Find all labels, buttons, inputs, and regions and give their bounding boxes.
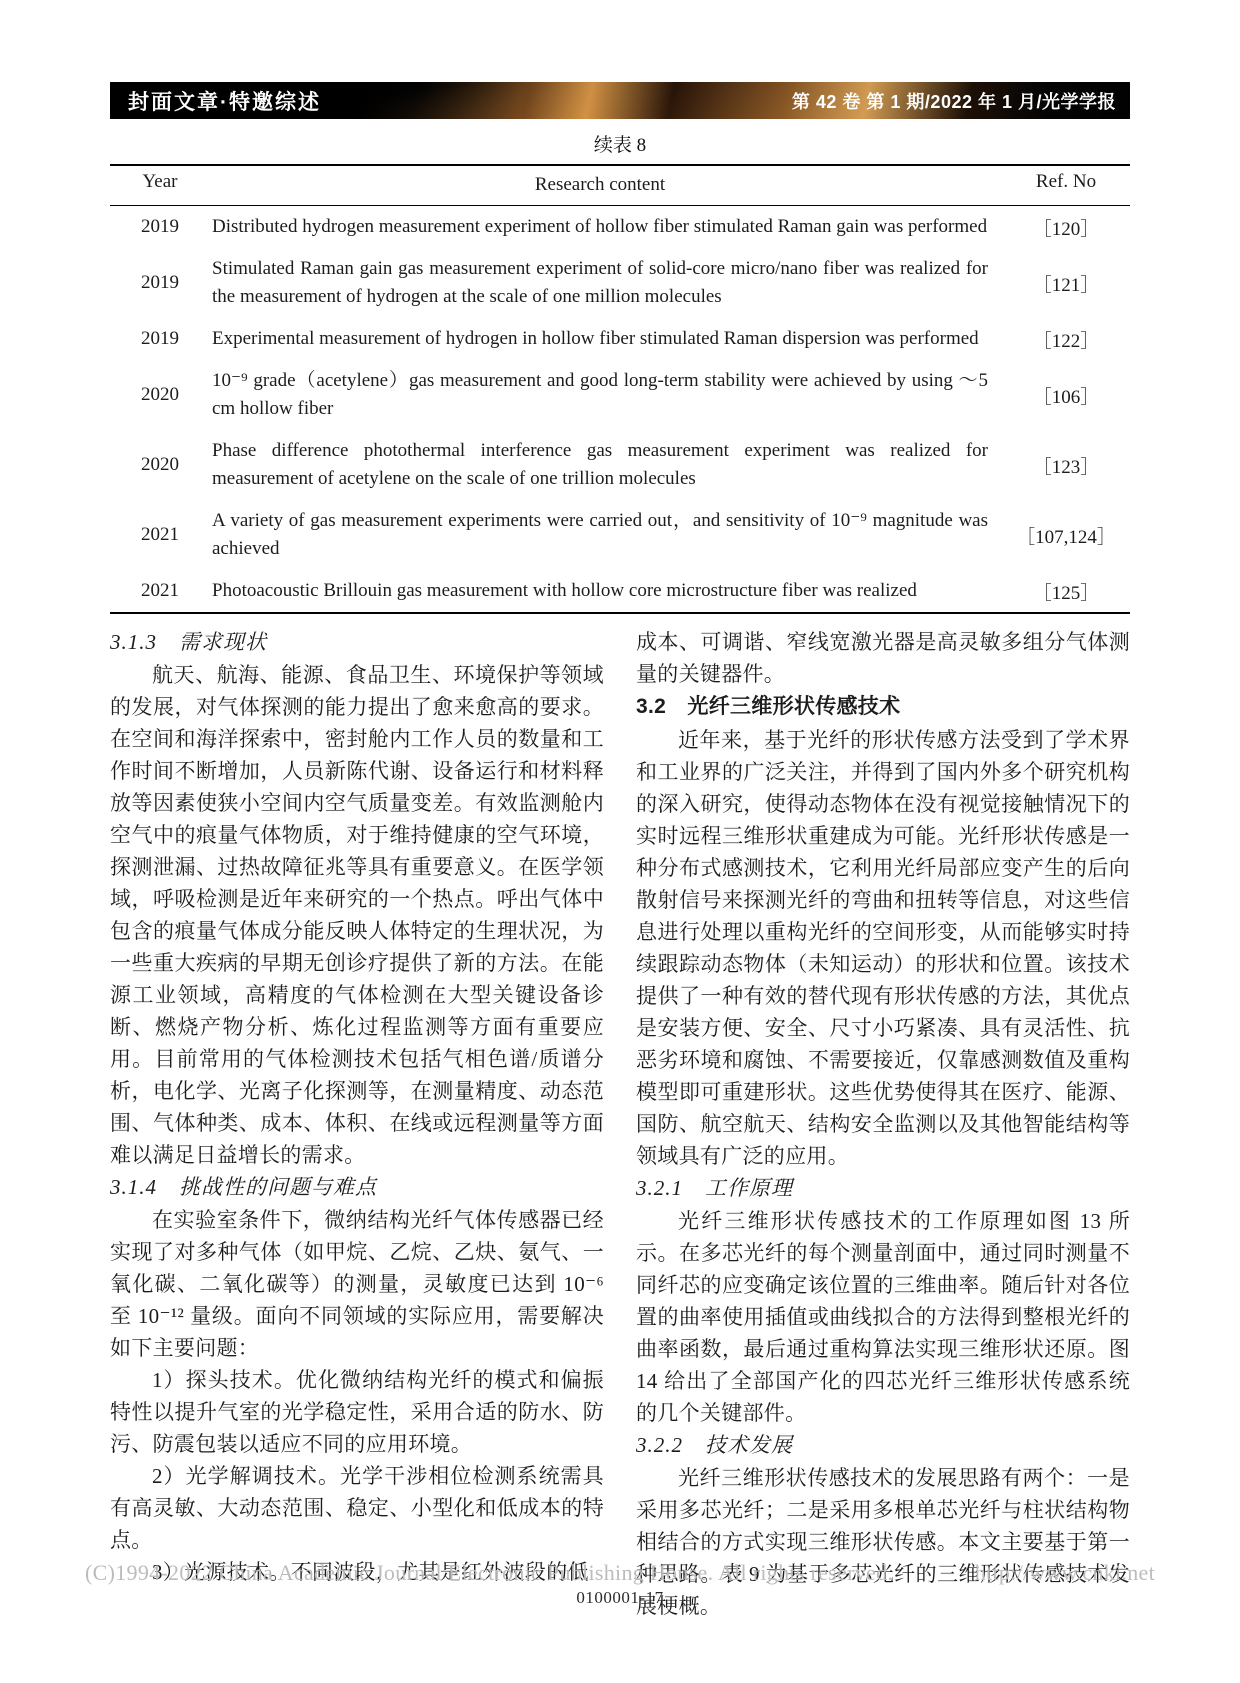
table-row: 2020 10⁻⁹ grade（acetylene）gas measuremen… [110,360,1130,430]
copyright-notice: (C)1994-2022 China Academic Journal Elec… [85,1560,893,1586]
year-cell: 2019 [110,216,210,238]
year-cell: 2019 [110,328,210,350]
section-heading-3-1-3: 3.1.3 需求现状 [110,626,604,659]
research-table: Year Research content Ref. No 2019 Distr… [110,164,1130,614]
table-row: 2019 Stimulated Raman gain gas measureme… [110,248,1130,318]
table-header-year: Year [110,171,210,199]
content-cell: 10⁻⁹ grade（acetylene）gas measurement and… [210,367,1002,423]
page-number: 0100001-17 [0,1588,1240,1608]
table-row: 2021 Photoacoustic Brillouin gas measure… [110,570,1130,612]
ref-cell: ［123］ [1002,452,1130,479]
section-heading-3-1-4: 3.1.4 挑战性的问题与难点 [110,1171,604,1204]
body-paragraph: 1）探头技术。优化微纳结构光纤的模式和偏振特性以提升气室的光学稳定性，采用合适的… [110,1364,604,1460]
ref-cell: ［122］ [1002,326,1130,353]
content-cell: Stimulated Raman gain gas measurement ex… [210,255,1002,311]
body-paragraph: 航天、航海、能源、食品卫生、环境保护等领域的发展，对气体探测的能力提出了愈来愈高… [110,659,604,1171]
ref-cell: ［107,124］ [1002,522,1130,549]
page-content: 封面文章·特邀综述 第 42 卷 第 1 期/2022 年 1 月/光学学报 续… [110,82,1130,1678]
cnki-url: http://www.cnki.net [975,1560,1155,1586]
body-paragraph: 光纤三维形状传感技术的工作原理如图 13 所示。在多芯光纤的每个测量剖面中，通过… [636,1205,1130,1429]
body-paragraph: 在实验室条件下，微纳结构光纤气体传感器已经实现了对多种气体（如甲烷、乙烷、乙炔、… [110,1204,604,1364]
year-cell: 2021 [110,580,210,602]
year-cell: 2020 [110,384,210,406]
ref-cell: ［121］ [1002,270,1130,297]
ref-cell: ［120］ [1002,214,1130,241]
body-paragraph: 近年来，基于光纤的形状传感方法受到了学术界和工业界的广泛关注，并得到了国内外多个… [636,724,1130,1172]
article-body: 3.1.3 需求现状 航天、航海、能源、食品卫生、环境保护等领域的发展，对气体探… [110,626,1130,1678]
table-row: 2021 A variety of gas measurement experi… [110,500,1130,570]
table-row: 2019 Experimental measurement of hydroge… [110,318,1130,360]
body-paragraph: 成本、可调谐、窄线宽激光器是高灵敏多组分气体测量的关键器件。 [636,626,1130,690]
body-paragraph: 2）光学解调技术。光学干涉相位检测系统需具有高灵敏、大动态范围、稳定、小型化和低… [110,1460,604,1556]
table-row: 2020 Phase difference photothermal inter… [110,430,1130,500]
left-column: 3.1.3 需求现状 航天、航海、能源、食品卫生、环境保护等领域的发展，对气体探… [110,626,604,1678]
journal-page: 封面文章·特邀综述 第 42 卷 第 1 期/2022 年 1 月/光学学报 续… [0,0,1240,1683]
table-header-content: Research content [210,171,1002,199]
table-row: 2019 Distributed hydrogen measurement ex… [110,206,1130,248]
footer-copyright-row: (C)1994-2022 China Academic Journal Elec… [85,1560,1155,1586]
content-cell: Photoacoustic Brillouin gas measurement … [210,577,1002,605]
table-caption: 续表 8 [110,130,1130,157]
content-cell: A variety of gas measurement experiments… [210,507,1002,563]
content-cell: Distributed hydrogen measurement experim… [210,213,1002,241]
ref-cell: ［106］ [1002,382,1130,409]
content-cell: Experimental measurement of hydrogen in … [210,325,1002,353]
table-header-ref: Ref. No [1002,171,1130,199]
table-header-row: Year Research content Ref. No [110,166,1130,206]
year-cell: 2019 [110,272,210,294]
content-cell: Phase difference photothermal interferen… [210,437,1002,493]
banner-issue-label: 第 42 卷 第 1 期/2022 年 1 月/光学学报 [792,88,1116,114]
section-heading-3-2-2: 3.2.2 技术发展 [636,1429,1130,1462]
section-heading-3-2-1: 3.2.1 工作原理 [636,1172,1130,1205]
year-cell: 2020 [110,454,210,476]
section-heading-3-2: 3.2 光纤三维形状传感技术 [636,690,1130,724]
ref-cell: ［125］ [1002,578,1130,605]
right-column: 成本、可调谐、窄线宽激光器是高灵敏多组分气体测量的关键器件。 3.2 光纤三维形… [636,626,1130,1678]
year-cell: 2021 [110,524,210,546]
banner-section-label: 封面文章·特邀综述 [128,86,321,116]
journal-banner: 封面文章·特邀综述 第 42 卷 第 1 期/2022 年 1 月/光学学报 [110,82,1130,119]
